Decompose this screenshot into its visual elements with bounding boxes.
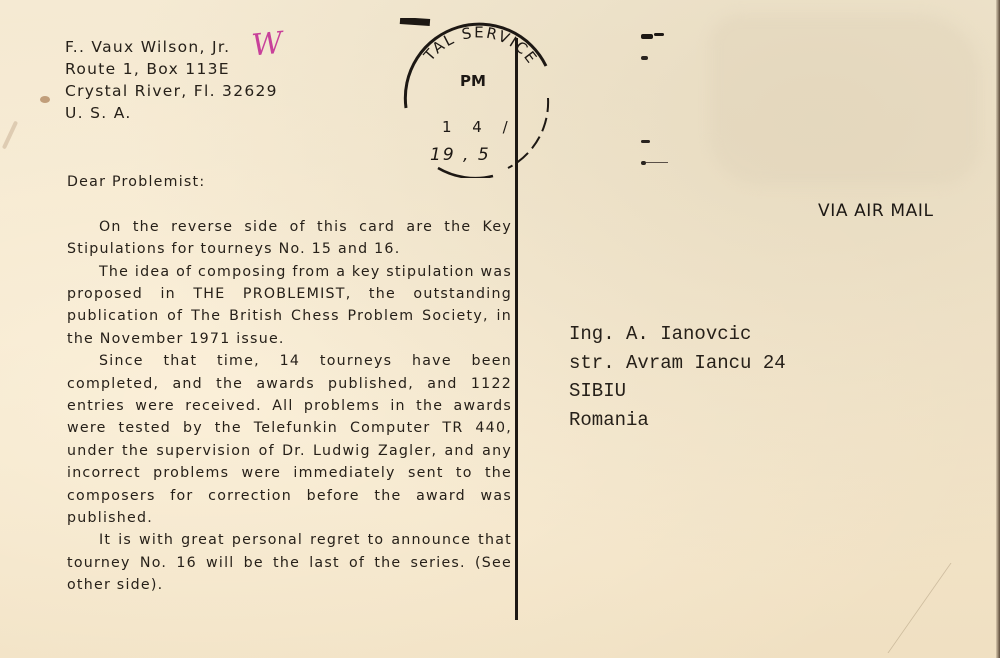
stamp-removed-area bbox=[710, 15, 980, 185]
recipient-city: SIBIU bbox=[569, 377, 786, 406]
recipient-address: Ing. A. Ianovcic str. Avram Iancu 24 SIB… bbox=[569, 320, 786, 434]
sender-address: F.. Vaux Wilson, Jr. Route 1, Box 113E C… bbox=[65, 36, 278, 124]
svg-text:TAL SERVICE: TAL SERVICE bbox=[420, 23, 542, 68]
handwritten-w-mark: W bbox=[251, 28, 285, 61]
sender-street: Route 1, Box 113E bbox=[65, 58, 278, 80]
letter-paragraph: It is with great personal regret to anno… bbox=[67, 529, 512, 596]
cancellation-marks-icon bbox=[640, 30, 670, 170]
recipient-name: Ing. A. Ianovcic bbox=[569, 320, 786, 349]
recipient-country: Romania bbox=[569, 406, 786, 435]
sender-country: U. S. A. bbox=[65, 102, 278, 124]
postmark-arc-text: TAL SERVICE bbox=[420, 23, 542, 68]
recipient-street: str. Avram Iancu 24 bbox=[569, 349, 786, 378]
card-edge bbox=[996, 0, 1000, 658]
postmark-line3: 19 , 5 bbox=[430, 145, 491, 165]
postmark-line2: 1 4 / bbox=[442, 118, 516, 136]
paper-crease bbox=[887, 563, 1000, 653]
letter-paragraph: On the reverse side of this card are the… bbox=[67, 216, 512, 261]
sender-city: Crystal River, Fl. 32629 bbox=[65, 80, 278, 102]
stain-mark bbox=[40, 96, 50, 103]
postmark-line1: PM bbox=[460, 72, 486, 90]
sender-name: F.. Vaux Wilson, Jr. bbox=[65, 36, 278, 58]
letter-body: Dear Problemist: On the reverse side of … bbox=[67, 171, 512, 597]
address-divider-line bbox=[515, 38, 518, 620]
letter-paragraph: Since that time, 14 tourneys have been c… bbox=[67, 350, 512, 529]
postmark-icon: TAL SERVICE PM 1 4 / 19 , 5 bbox=[398, 18, 558, 178]
stain-mark bbox=[2, 121, 18, 150]
postcard: F.. Vaux Wilson, Jr. Route 1, Box 113E C… bbox=[0, 0, 1000, 658]
air-mail-label: VIA AIR MAIL bbox=[818, 201, 934, 221]
letter-paragraph: The idea of composing from a key stipula… bbox=[67, 261, 512, 351]
